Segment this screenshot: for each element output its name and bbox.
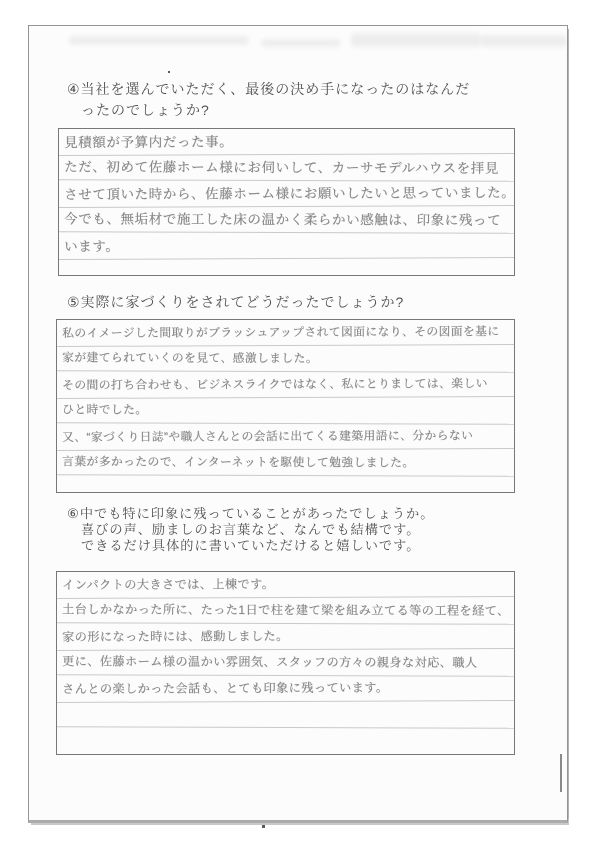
scan-line-artifact [560,754,562,792]
handwritten-line: 家の形になった時には、感動しました。 [57,623,514,651]
empty-ruled-row [57,475,514,503]
question-5-line: ⑤実際に家づくりをされてどうだったでしょうか? [67,292,404,313]
question-4-line: ④当社を選んでいただく、最後の決め手になったのはなんだ [67,79,470,100]
handwritten-line: 又、“家づくり日誌”や職人さんとの会話に出てくる建築用語に、分からない [57,423,514,451]
handwritten-line: 言葉が多かったので、インターネットを駆使して勉強しました。 [57,449,514,477]
handwritten-line: 更に、佐藤ホーム様の温かい雰囲気、スタッフの方々の親身な対応、職人 [57,649,514,677]
handwritten-line: 今でも、無垢材で施工した床の温かく柔らかい感触は、印象に残って [59,206,514,234]
handwritten-line: させて頂いた時から、佐藤ホーム様にお願いしたいと思っていました。 [59,180,514,208]
scan-dot-artifact [168,71,170,73]
handwritten-line: 土台しかなかった所に、たった1日で柱を建て梁を組み立てる等の工程を経て、 [57,597,514,625]
scan-noise-smudge [351,33,481,47]
scanned-paper-page: ④当社を選んでいただく、最後の決め手になったのはなんだ ったのでしょうか? 見積… [28,25,568,823]
question-4-line: ったのでしょうか? [67,100,470,121]
handwritten-line: ひと時でした。 [57,397,514,425]
scan-noise-smudge [261,39,341,47]
scan-noise-smudge [481,35,567,47]
handwritten-line: います。 [59,232,514,260]
empty-ruled-row [57,727,514,755]
handwritten-line: ただ、初めて佐藤ホーム様にお伺いして、カーサモデルハウスを拝見 [59,154,514,182]
answer-box-q4: 見積額が予算内だった事。 ただ、初めて佐藤ホーム様にお伺いして、カーサモデルハウ… [58,128,515,276]
question-6-line: 喜びの声、励ましのお言葉など、なんでも結構です。 [67,522,434,538]
empty-ruled-row [59,258,514,286]
question-6: ⑥中でも特に印象に残っていることがあったでしょうか。 喜びの声、励ましのお言葉な… [67,506,434,554]
handwritten-line: 見積額が予算内だった事。 [59,128,514,156]
question-6-line: ⑥中でも特に印象に残っていることがあったでしょうか。 [67,506,434,522]
empty-ruled-row [57,701,514,729]
question-6-line: できるだけ具体的に書いていただけると嬉しいです。 [67,538,434,554]
scan-dot-artifact [262,825,265,828]
scan-noise-smudge [69,36,249,45]
handwritten-line: インパクトの大きさでは、上棟です。 [57,571,514,599]
handwritten-line: 家が建てられていくのを見て、感激しました。 [57,345,514,373]
handwritten-line: さんとの楽しかった会話も、とても印象に残っています。 [57,675,514,703]
handwritten-line: 私のイメージした間取りがブラッシュアップされて図面になり、その図面を基に [57,319,514,347]
answer-box-q5: 私のイメージした間取りがブラッシュアップされて図面になり、その図面を基に 家が建… [56,319,515,493]
handwritten-line: その間の打ち合わせも、ビジネスライクではなく、私にとりましては、楽しい [57,371,514,399]
question-4: ④当社を選んでいただく、最後の決め手になったのはなんだ ったのでしょうか? [67,79,470,121]
scanned-survey-document: { "document_type": "customer-survey-scan… [0,0,595,842]
answer-box-q6: インパクトの大きさでは、上棟です。 土台しかなかった所に、たった1日で柱を建て梁… [56,571,515,755]
question-5: ⑤実際に家づくりをされてどうだったでしょうか? [67,292,404,313]
